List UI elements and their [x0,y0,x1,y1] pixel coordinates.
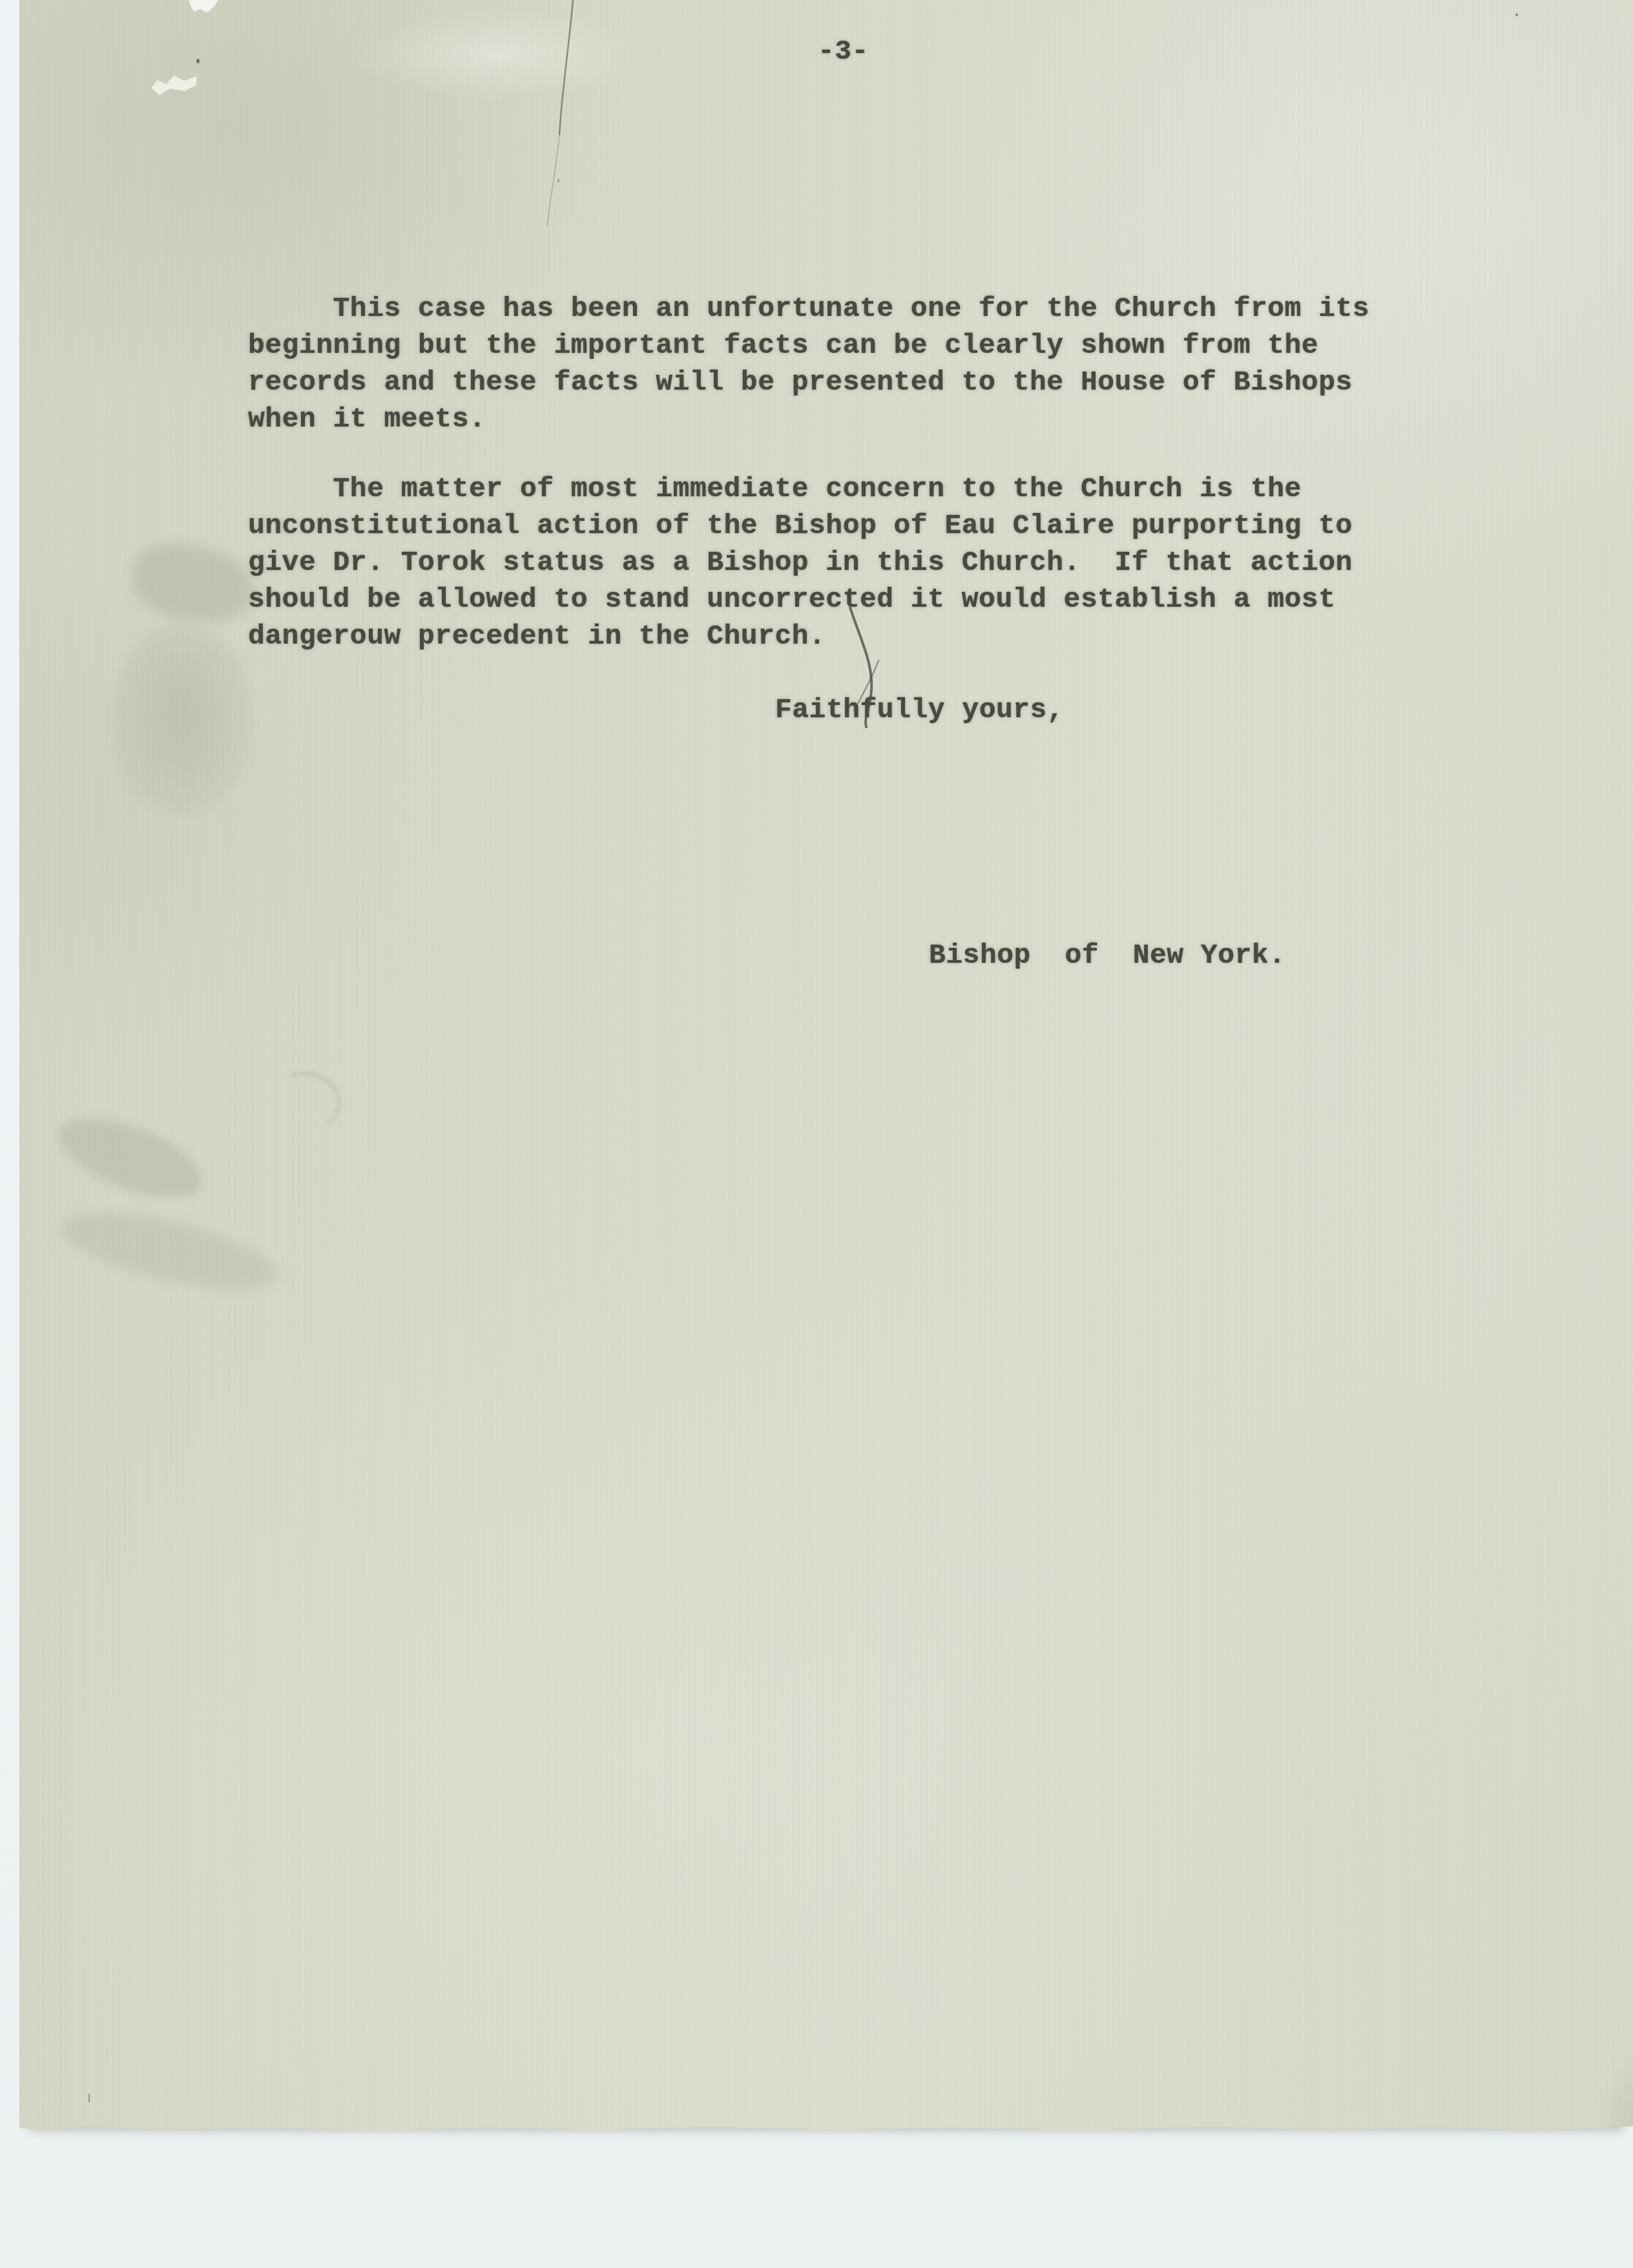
handwritten-marks-overlay [19,0,1633,2132]
crease-line [559,0,573,134]
scanned-page: -3- This case has been an unfortunate on… [19,0,1633,2132]
scanned-document-view: -3- This case has been an unfortunate on… [0,0,1633,2268]
pen-stroke-mark [850,607,871,727]
crease-line-tail [547,134,559,226]
pen-stroke-cross [854,660,879,711]
